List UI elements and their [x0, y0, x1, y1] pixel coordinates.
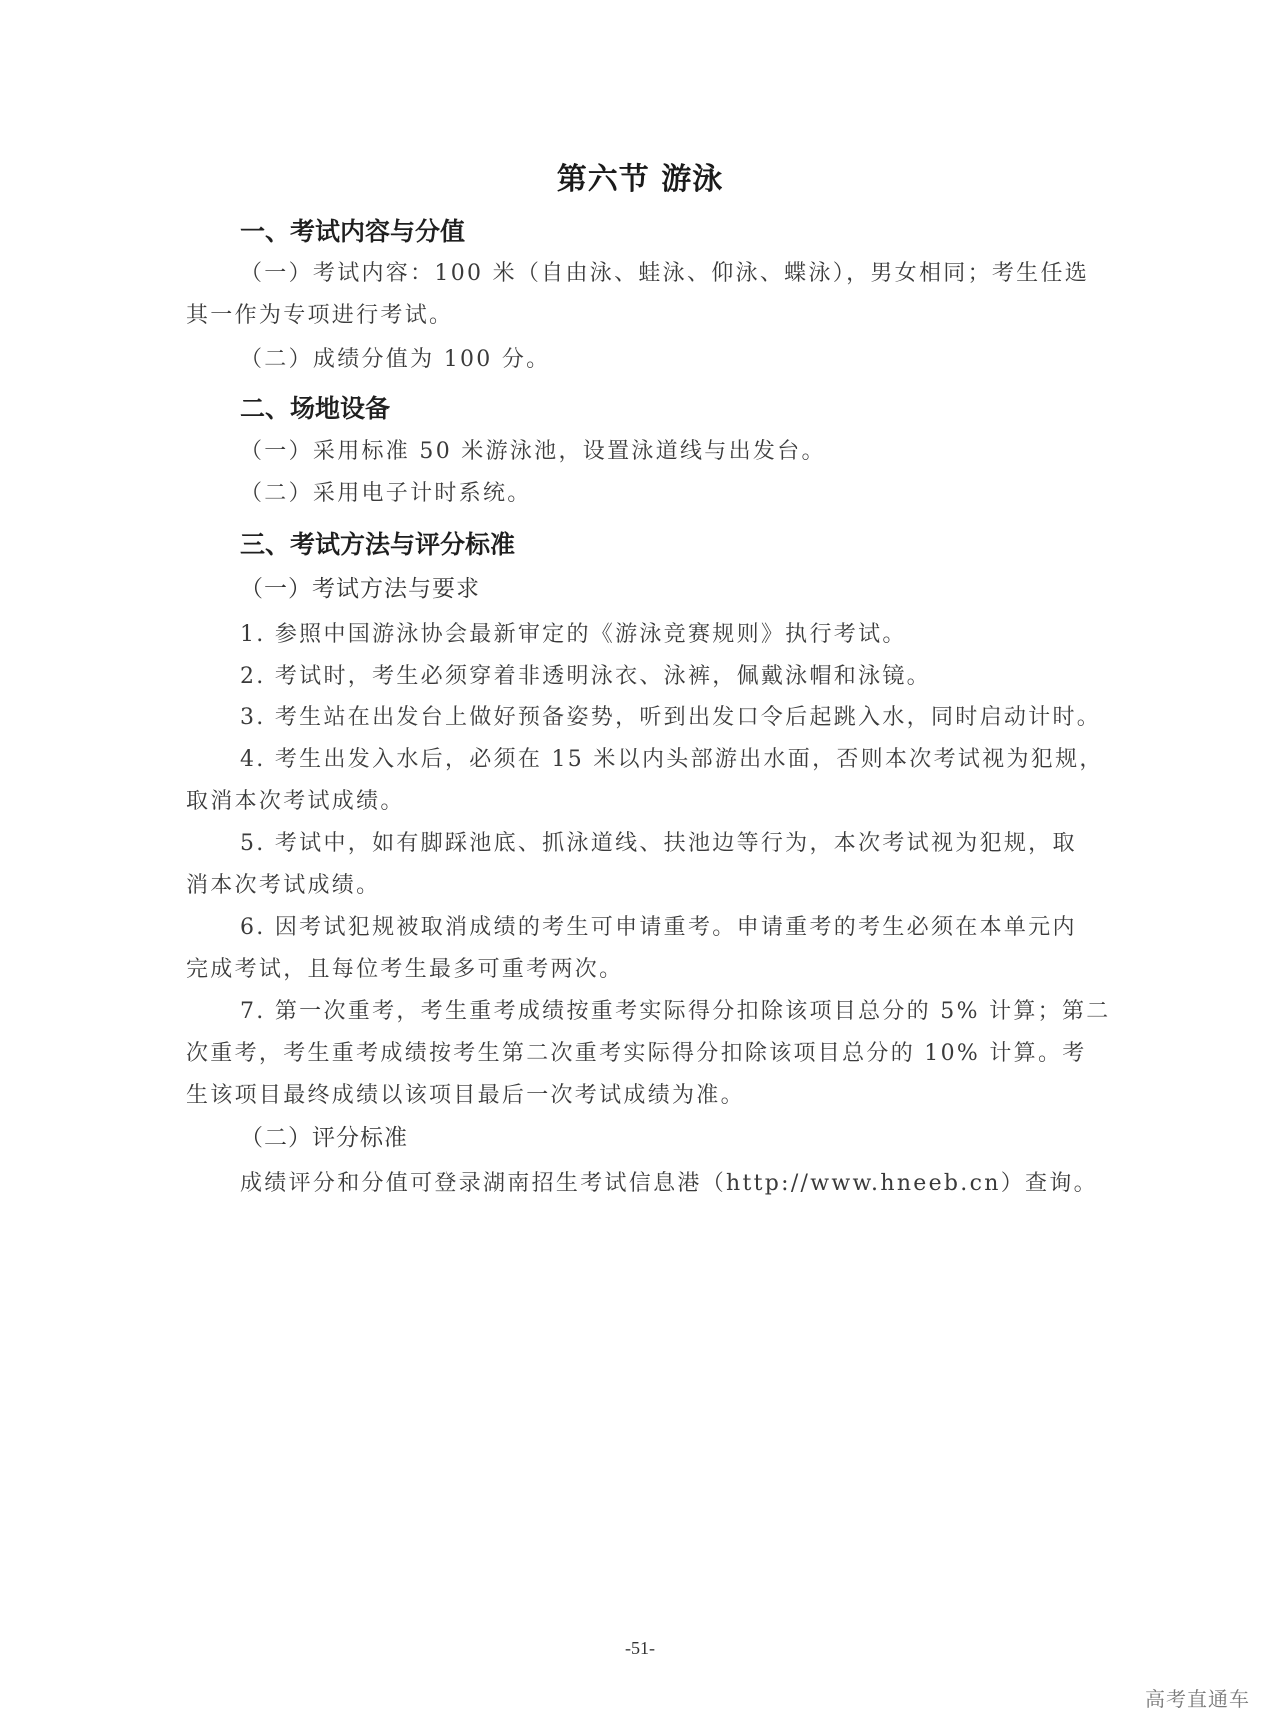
paragraph-line: （一）采用标准 50 米游泳池，设置泳道线与出发台。: [240, 436, 826, 468]
page-title: 第六节 游泳: [0, 160, 1280, 200]
paragraph-line: 其一作为专项进行考试。: [186, 300, 453, 332]
paragraph-line: （二）成绩分值为 100 分。: [240, 344, 550, 376]
section-heading-venue-equipment: 二、场地设备: [240, 391, 390, 427]
paragraph-line: 成绩评分和分值可登录湖南招生考试信息港（http://www.hneeb.cn）…: [240, 1168, 1098, 1200]
list-item-continuation: 生该项目最终成绩以该项目最后一次考试成绩为准。: [186, 1080, 745, 1112]
list-item: 1. 参照中国游泳协会最新审定的《游泳竞赛规则》执行考试。: [240, 619, 907, 651]
list-item-continuation: 取消本次考试成绩。: [186, 786, 405, 818]
list-item-continuation: 次重考，考生重考成绩按考生第二次重考实际得分扣除该项目总分的 10% 计算。考: [186, 1038, 1087, 1070]
list-item: 2. 考试时，考生必须穿着非透明泳衣、泳裤，佩戴泳帽和泳镜。: [240, 661, 931, 693]
list-item: 5. 考试中，如有脚踩池底、抓泳道线、扶池边等行为，本次考试视为犯规，取: [240, 828, 1077, 860]
list-item: 7. 第一次重考，考生重考成绩按重考实际得分扣除该项目总分的 5% 计算；第二: [240, 996, 1111, 1028]
subsection-heading-method-requirements: （一）考试方法与要求: [240, 572, 480, 606]
list-item-continuation: 完成考试，且每位考生最多可重考两次。: [186, 954, 623, 986]
list-item-continuation: 消本次考试成绩。: [186, 870, 380, 902]
document-page: 第六节 游泳 一、考试内容与分值 （一）考试内容：100 米（自由泳、蛙泳、仰泳…: [0, 0, 1280, 1725]
page-number: -51-: [0, 1638, 1280, 1659]
list-item: 4. 考生出发入水后，必须在 15 米以内头部游出水面，否则本次考试视为犯规，: [240, 744, 1104, 776]
list-item: 3. 考生站在出发台上做好预备姿势，听到出发口令后起跳入水，同时启动计时。: [240, 702, 1101, 734]
subsection-heading-scoring-standard: （二）评分标准: [240, 1121, 408, 1155]
section-heading-method-and-scoring: 三、考试方法与评分标准: [240, 527, 515, 563]
paragraph-line: （一）考试内容：100 米（自由泳、蛙泳、仰泳、蝶泳），男女相同；考生任选: [240, 258, 1089, 290]
list-item: 6. 因考试犯规被取消成绩的考生可申请重考。申请重考的考生必须在本单元内: [240, 912, 1077, 944]
section-heading-content-and-score: 一、考试内容与分值: [240, 214, 465, 250]
paragraph-line: （二）采用电子计时系统。: [240, 478, 532, 510]
watermark: 高考直通车: [1145, 1683, 1250, 1712]
